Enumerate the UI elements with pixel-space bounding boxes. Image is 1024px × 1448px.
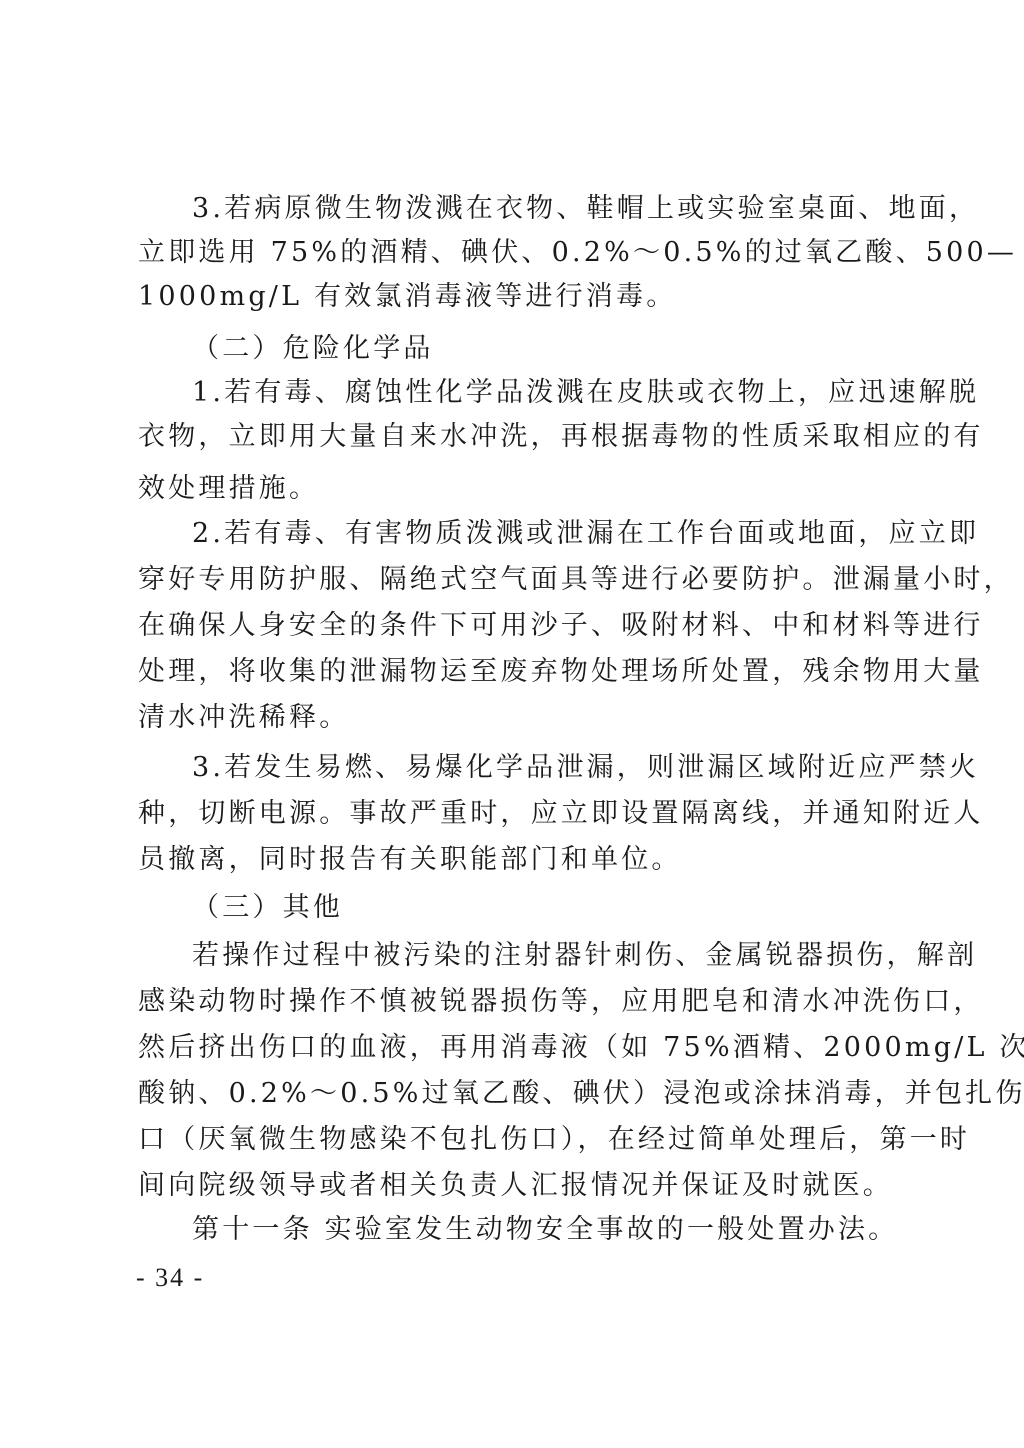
paragraph-line: 2.若有毒、有害物质泼溅或泄漏在工作台面或地面，应立即 — [192, 518, 898, 550]
paragraph-line: 立即选用 75%的酒精、碘伏、0.2%～0.5%的过氧乙酸、500— — [138, 237, 898, 269]
paragraph-line: 效处理措施。 — [138, 473, 898, 505]
paragraph-line: 在确保人身安全的条件下可用沙子、吸附材料、中和材料等进行 — [138, 610, 898, 642]
paragraph-line: 员撤离，同时报告有关职能部门和单位。 — [138, 844, 898, 876]
paragraph-line: 穿好专用防护服、隔绝式空气面具等进行必要防护。泄漏量小时， — [138, 564, 898, 596]
paragraph-line: 1.若有毒、腐蚀性化学品泼溅在皮肤或衣物上，应迅速解脱 — [192, 377, 898, 409]
paragraph-line: 酸钠、0.2%～0.5%过氧乙酸、碘伏）浸泡或涂抹消毒，并包扎伤 — [138, 1078, 898, 1110]
paragraph-line: 3.若病原微生物泼溅在衣物、鞋帽上或实验室桌面、地面， — [192, 193, 898, 225]
section-heading: （三）其他 — [192, 892, 343, 924]
paragraph-line: 清水冲洗稀释。 — [138, 702, 898, 734]
paragraph-line: 衣物，立即用大量自来水冲洗，再根据毒物的性质采取相应的有 — [138, 421, 898, 453]
paragraph-line: 感染动物时操作不慎被锐器损伤等，应用肥皂和清水冲洗伤口， — [138, 986, 898, 1018]
paragraph-line: 1000mg/L 有效氯消毒液等进行消毒。 — [138, 281, 898, 313]
paragraph-line: 种，切断电源。事故严重时，应立即设置隔离线，并通知附近人 — [138, 798, 898, 830]
paragraph-line: 若操作过程中被污染的注射器针刺伤、金属锐器损伤，解剖 — [192, 940, 898, 972]
paragraph-line: 处理，将收集的泄漏物运至废弃物处理场所处置，残余物用大量 — [138, 656, 898, 688]
paragraph-line: 3.若发生易燃、易爆化学品泄漏，则泄漏区域附近应严禁火 — [192, 752, 898, 784]
article-heading: 第十一条 实验室发生动物安全事故的一般处置办法。 — [192, 1214, 898, 1246]
paragraph-line: 然后挤出伤口的血液，再用消毒液（如 75%酒精、2000mg/L 次氯 — [138, 1032, 898, 1064]
paragraph-line: 间向院级领导或者相关负责人汇报情况并保证及时就医。 — [138, 1170, 898, 1202]
paragraph-line: 口（厌氧微生物感染不包扎伤口），在经过简单处理后，第一时 — [138, 1124, 898, 1156]
page-number: - 34 - — [136, 1262, 204, 1294]
section-heading: （二）危险化学品 — [192, 333, 434, 365]
